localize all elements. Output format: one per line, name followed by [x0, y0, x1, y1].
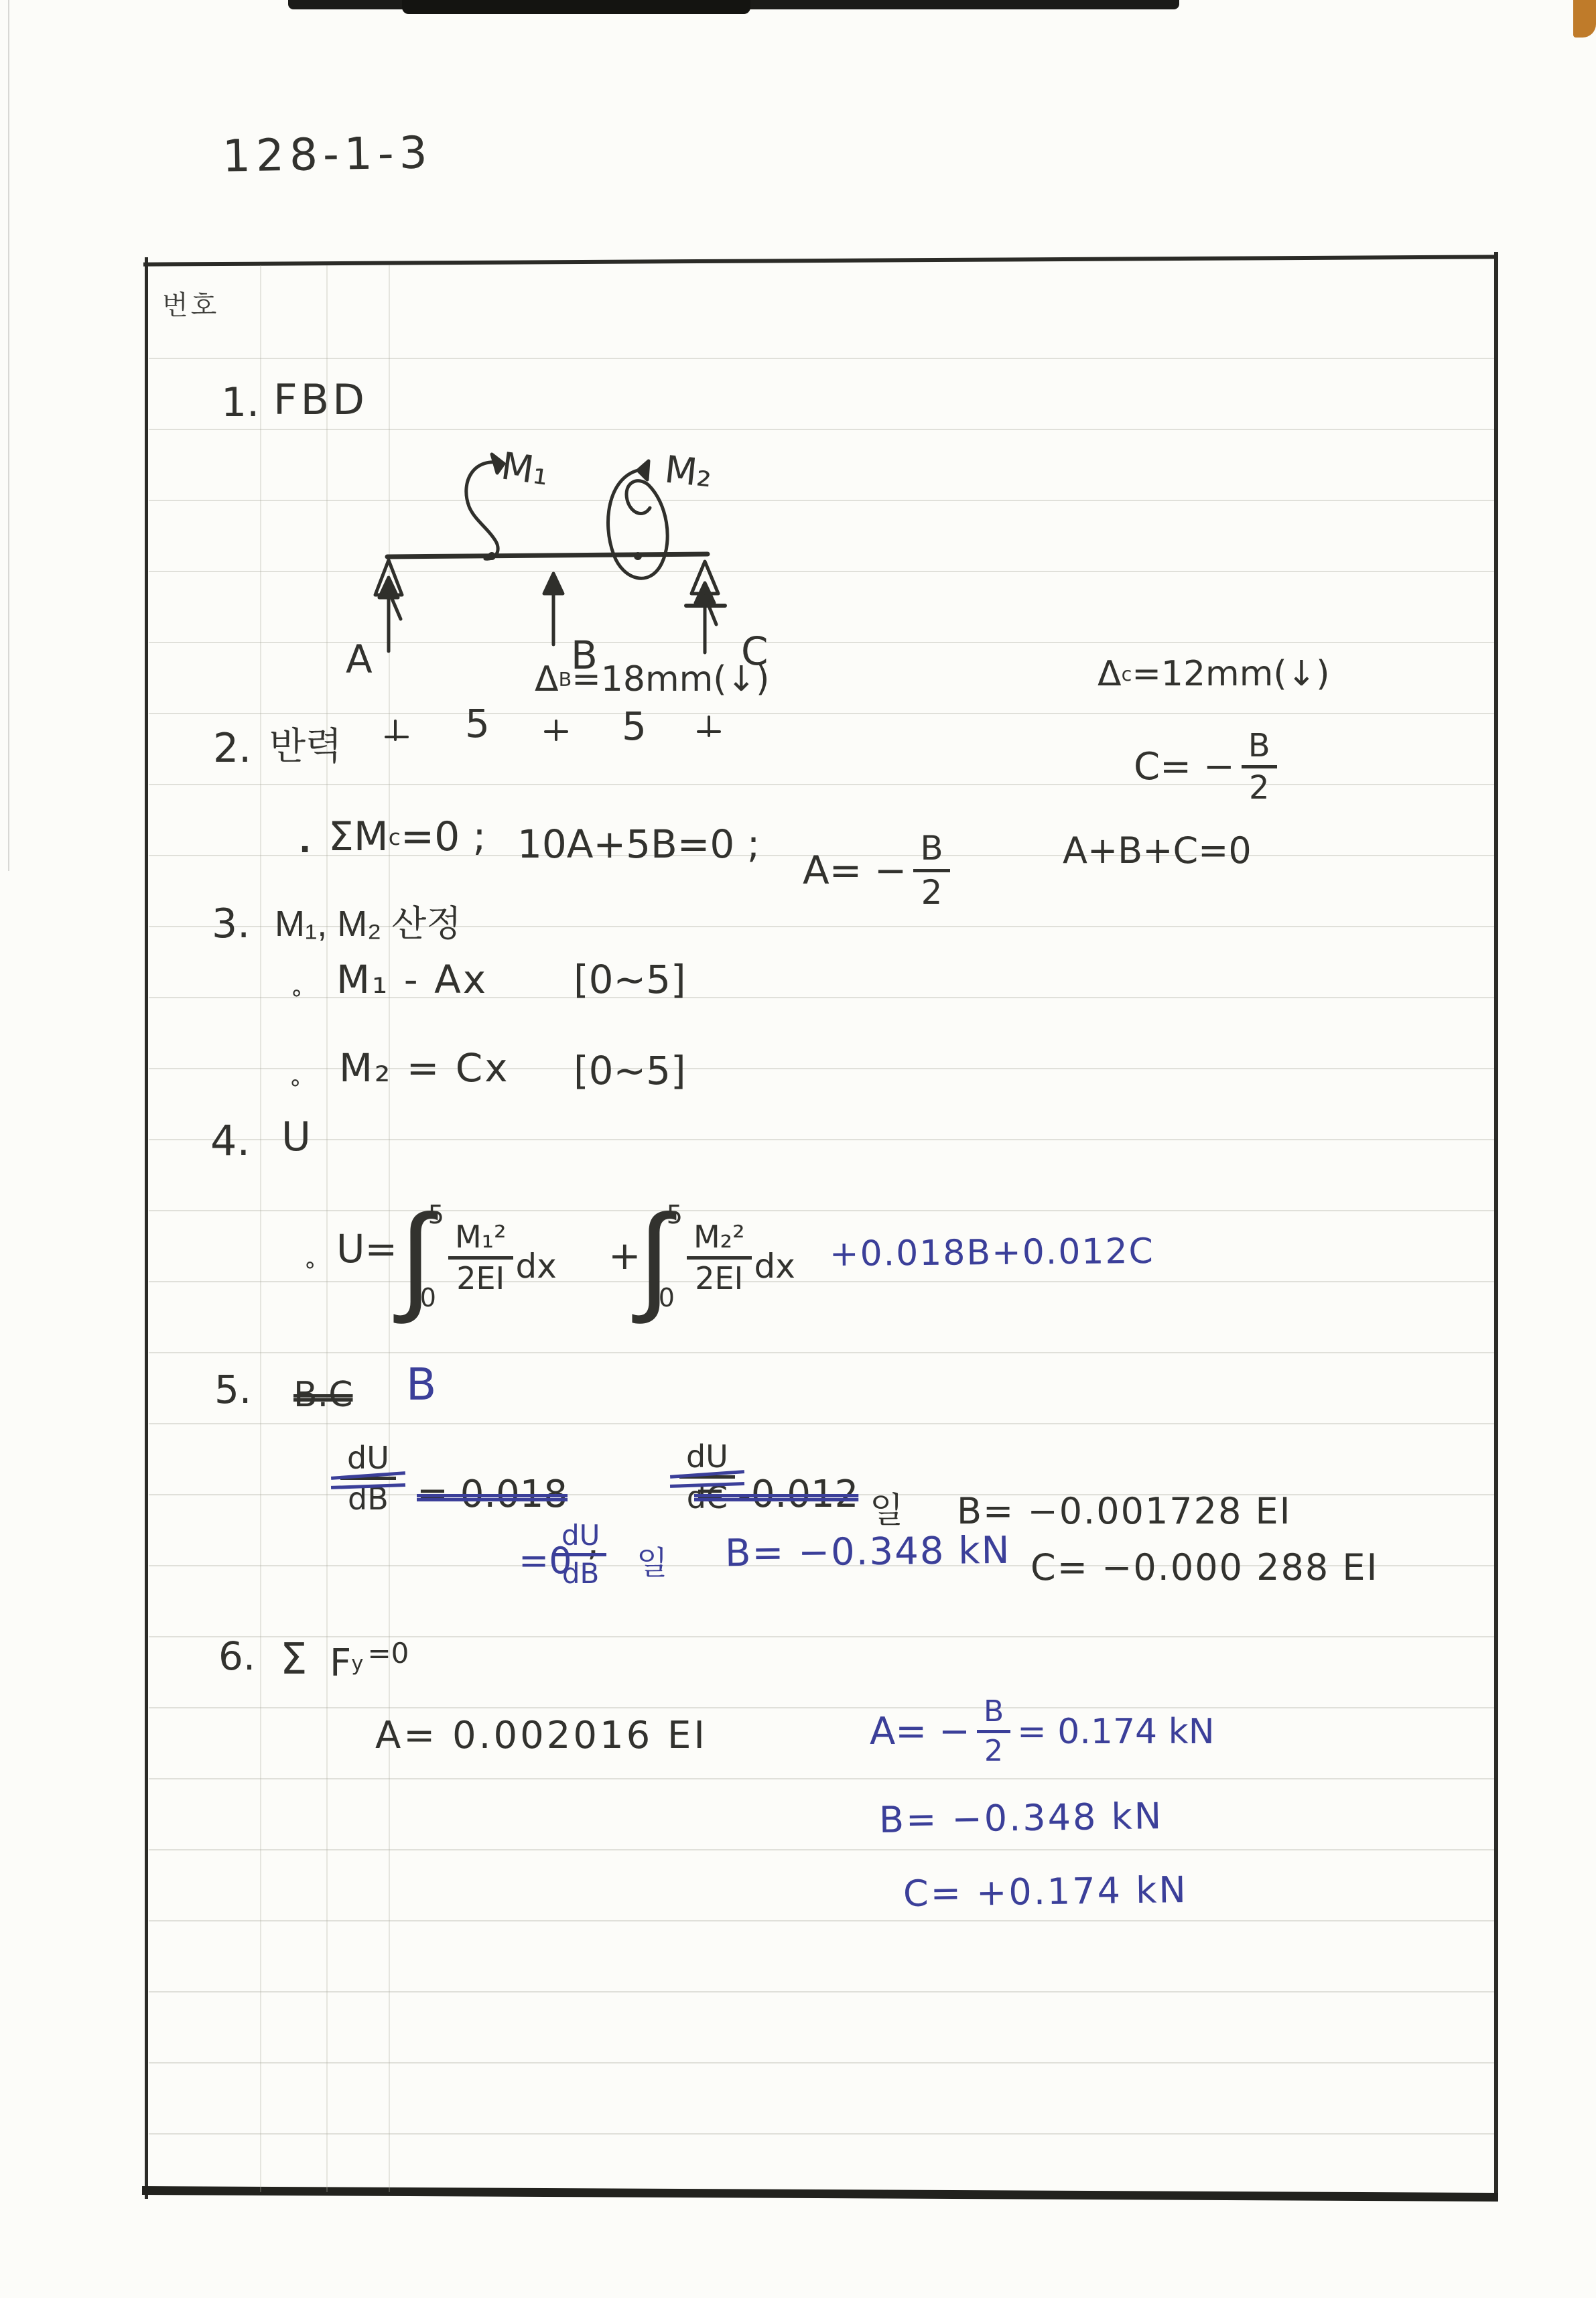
section6-number: 6.: [218, 1633, 255, 1679]
delta-c-symbol: Δ: [1098, 654, 1122, 694]
fraction-denominator: 2EI: [695, 1260, 743, 1294]
m2-range: [0~5]: [574, 1048, 686, 1093]
delta-b-subscript: B: [559, 668, 572, 691]
delta-b-value: =18mm(↓): [572, 659, 769, 699]
du-db-fraction: dU dB: [340, 1442, 396, 1515]
integral-1: ∫ 5 0 M₁² 2EI dx: [399, 1194, 557, 1321]
label-a: A: [346, 636, 373, 682]
integral-lower-bound: 0: [659, 1283, 683, 1312]
reaction-a-lhs: A= −: [803, 848, 907, 893]
moment-sum-tail: =0 ;: [401, 813, 486, 860]
moment-sum-equation: ΣMc=0 ;: [328, 813, 486, 860]
fraction-numerator: B: [977, 1696, 1010, 1733]
reaction-a-equation: A= − B 2: [803, 831, 950, 910]
du-db-zero-value: =0: [519, 1540, 572, 1582]
c-result-ei: C= −0.000 288 EI: [1030, 1546, 1378, 1589]
c-final-value: C= +0.174 kN: [903, 1869, 1189, 1915]
section2-title: 반력: [269, 717, 342, 770]
m1-range: [0~5]: [574, 957, 686, 1002]
integral-2: ∫ 5 0 M₂² 2EI dx: [638, 1194, 795, 1321]
reaction-a-fraction: B 2: [913, 831, 949, 910]
box-border-top: [143, 255, 1498, 266]
page-code: 128-1-3: [222, 127, 433, 182]
moment-sum-sub: c: [389, 824, 401, 850]
moment-sum-head: ΣM: [328, 813, 389, 860]
force-symbol: F: [330, 1641, 351, 1685]
box-border-bottom: [142, 2186, 1498, 2202]
fraction-numerator: M₂²: [687, 1221, 752, 1259]
moment-m1-curl: [466, 462, 504, 559]
fraction-numerator: M₁²: [448, 1221, 513, 1259]
reaction-c-lhs: C= −: [1134, 745, 1235, 789]
moment-expansion-equation: 10A+5B=0 ;: [517, 821, 760, 867]
section3-number: 3.: [212, 900, 250, 947]
integrand-fraction-2: M₂² 2EI: [687, 1221, 752, 1294]
reaction-b-arrowhead: [544, 573, 563, 594]
fraction-denominator: 2EI: [456, 1260, 505, 1294]
moment-m2-scribble: [608, 470, 668, 578]
a-final-equation: A= − B 2 = 0.174 kN: [870, 1696, 1215, 1767]
delta-c-subscript: c: [1122, 663, 1132, 685]
grid-line-2: [326, 265, 328, 2192]
section1-title: FBD: [273, 375, 368, 424]
integrand-fraction-1: M₁² 2EI: [448, 1221, 513, 1294]
box-border-left: [145, 257, 148, 2199]
force-subscript: y: [351, 1651, 363, 1676]
scanned-notebook-page: 128-1-3 번호 1. FBD: [0, 0, 1596, 2298]
section5-title: B: [406, 1359, 436, 1410]
section5-struck-text: B.C: [293, 1375, 353, 1415]
section3-title: M₁, M₂ 산정: [275, 895, 461, 947]
force-equals-zero: =0: [367, 1637, 409, 1670]
scan-shadow-strip-2: [402, 0, 750, 14]
du-db-value-struck: = 0.018: [417, 1473, 568, 1516]
delta-b-equation: ΔB=18mm(↓): [535, 659, 769, 699]
fraction-denominator: 2: [921, 872, 943, 910]
m1-bullet: ∘: [289, 979, 304, 1006]
integral-upper-bound: 5: [667, 1200, 683, 1229]
box-border-right: [1494, 252, 1498, 2198]
corner-tape-mark: [1573, 0, 1596, 38]
section4-number: 4.: [210, 1116, 250, 1165]
a-final-rhs: = 0.174 kN: [1017, 1712, 1215, 1752]
beam-line: [387, 554, 708, 557]
integral-lower-bound: 0: [420, 1283, 444, 1312]
m2-equation: M₂ = Cx: [339, 1045, 510, 1091]
fy-equation: Fy=0: [330, 1641, 409, 1685]
b-result-ei: B= −0.001728 EI: [957, 1490, 1292, 1532]
section2-bullet: ·: [299, 831, 311, 868]
integral-dx: dx: [754, 1247, 795, 1286]
section4-title: U: [281, 1113, 311, 1160]
du-dc-value-struck: = -0.012: [694, 1473, 858, 1516]
grid-line-1: [260, 265, 261, 2192]
moment-m2-dot: [634, 552, 642, 560]
fraction-denominator: dB: [348, 1480, 389, 1515]
u-bullet: ∘: [303, 1252, 317, 1278]
fraction-numerator: B: [1242, 729, 1277, 768]
moment-m2-arrowhead: [638, 461, 649, 480]
label-m1: M₁: [498, 444, 551, 494]
integral-dx: dx: [516, 1247, 557, 1286]
condition-word-2: 일: [637, 1537, 667, 1583]
m1-equation: M₁ - Ax: [336, 957, 488, 1002]
delta-b-symbol: Δ: [535, 659, 559, 699]
integral-upper-bound: 5: [428, 1200, 444, 1229]
u-plus-sign: +: [608, 1233, 641, 1278]
fraction-denominator: 2: [984, 1733, 1003, 1767]
corner-label: 번호: [162, 284, 219, 322]
equilibrium-sum-equation: A+B+C=0: [1063, 829, 1252, 872]
fraction-numerator: dU: [340, 1442, 396, 1480]
section5-number: 5.: [214, 1367, 251, 1412]
span-left-dimension: 5: [465, 701, 490, 746]
m2-bullet: ∘: [288, 1069, 302, 1096]
delta-c-equation: Δc=12mm(↓): [1098, 654, 1330, 694]
a-result-ei: A= 0.002016 EI: [375, 1714, 708, 1757]
sigma-symbol: Σ: [280, 1635, 307, 1684]
reaction-c-fraction: B 2: [1242, 729, 1277, 805]
u-blue-terms: +0.018B+0.012C: [829, 1231, 1154, 1274]
span-right-dimension: 5: [622, 703, 647, 749]
a-final-lhs: A= −: [870, 1710, 970, 1753]
fbd-diagram: [335, 429, 804, 750]
b-final-value: B= −0.348 kN: [879, 1795, 1164, 1841]
section1-number: 1.: [221, 379, 259, 426]
delta-c-value: =12mm(↓): [1132, 654, 1329, 694]
reaction-c-equation: C= − B 2: [1134, 729, 1277, 805]
section2-number: 2.: [213, 725, 251, 772]
condition-word-1: 일: [870, 1482, 903, 1532]
u-lhs: U=: [336, 1226, 397, 1272]
fraction-numerator: B: [913, 831, 949, 872]
paper-edge-line: [8, 0, 9, 871]
fraction-denominator: 2: [1249, 768, 1270, 805]
a-final-fraction: B 2: [977, 1696, 1010, 1767]
moment-m1-dot: [488, 552, 496, 560]
label-m2: M₂: [663, 448, 714, 496]
b-value-kn: B= −0.348 kN: [725, 1529, 1011, 1575]
